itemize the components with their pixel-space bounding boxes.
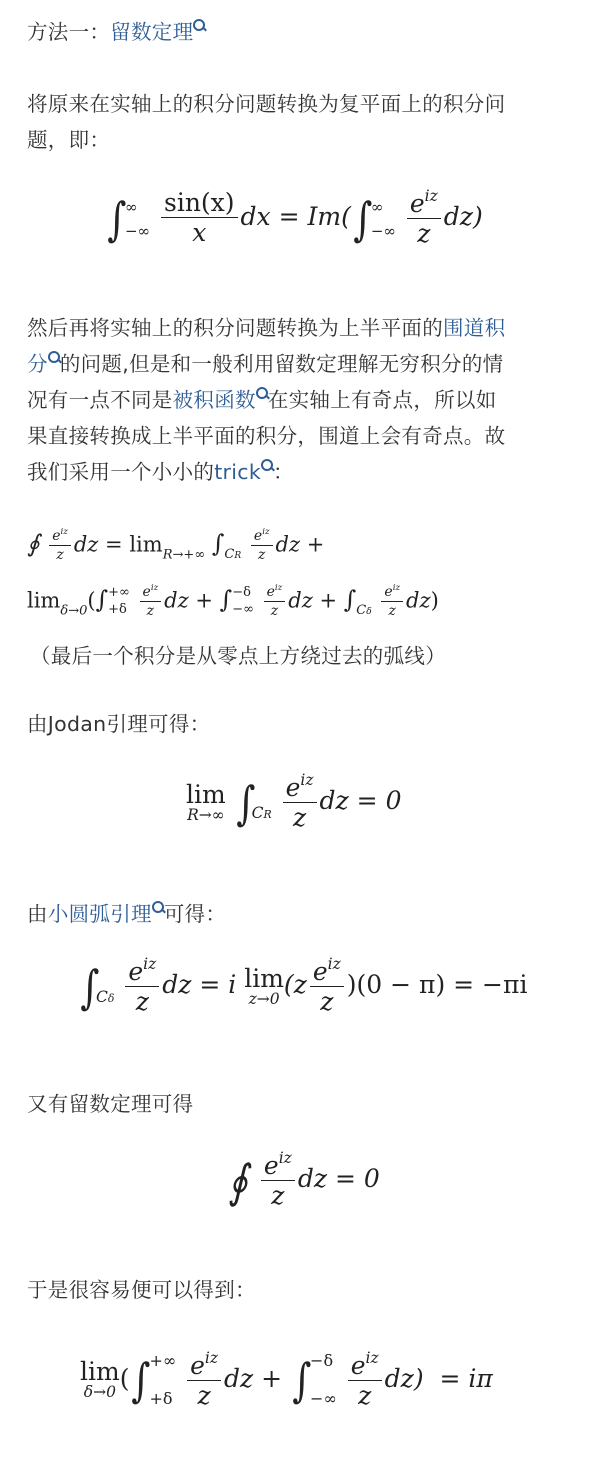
- text: ：: [273, 460, 294, 484]
- dz: dz): [444, 202, 483, 231]
- intro-line-1: 将原来在实轴上的积分问题转换为复平面上的积分问: [27, 86, 575, 122]
- search-icon[interactable]: [261, 458, 273, 472]
- equals: =: [279, 202, 300, 231]
- denominator: z: [417, 219, 430, 249]
- lim-subscript: R→+∞: [163, 547, 205, 562]
- upper-limit: ∞: [371, 195, 396, 219]
- integral-sign: ∫: [353, 196, 372, 242]
- equation-final-result: limδ→0(∫+∞+δ eizzdz + ∫−δ−∞ eizzdz) = iπ: [80, 1342, 493, 1419]
- small-arc-lemma-link[interactable]: 小圆弧引理: [48, 902, 152, 926]
- search-icon[interactable]: [48, 350, 60, 364]
- contour-integral-link[interactable]: 围道积: [443, 316, 505, 340]
- numerator: e: [410, 189, 425, 218]
- equation-closed-contour: ∮ eizzdz = 0: [226, 1150, 380, 1211]
- im-operator: Im(: [308, 202, 351, 231]
- equation-jordan-limit: limR→∞ ∫CR eizzdz = 0: [186, 772, 401, 833]
- search-icon[interactable]: [152, 900, 164, 914]
- equation-contour-decomposition-line1: ∮ eizzdz = limR→+∞ ∫CR eizzdz +: [27, 528, 324, 564]
- equation-contour-decomposition-line2: limδ→0(∫+∞+δ eizzdz + ∫−δ−∞ eizzdz + ∫Cδ…: [27, 584, 439, 620]
- search-icon[interactable]: [193, 18, 205, 32]
- fraction: eizz: [407, 188, 441, 249]
- equals: =: [105, 532, 123, 556]
- lim: lim: [129, 532, 162, 556]
- lower-limit: −∞: [371, 219, 396, 243]
- denominator: x: [192, 218, 206, 248]
- trick-link[interactable]: trick: [214, 460, 261, 484]
- section-heading: 方法一：留数定理: [27, 14, 575, 50]
- equation-sinc-integral: ∫∞−∞ sin(x)xdx = Im(∫∞−∞ eizzdz): [105, 188, 483, 249]
- dz: dz: [74, 532, 99, 556]
- dx: dx: [241, 202, 271, 231]
- lower-limit: −∞: [125, 219, 150, 243]
- residue-theorem-link[interactable]: 留数定理: [110, 20, 193, 44]
- conclusion-text: 于是很容易便可以得到：: [27, 1272, 575, 1308]
- lim: lim: [27, 588, 60, 612]
- upper-limit: ∞: [125, 195, 150, 219]
- residue-theorem-text: 又有留数定理可得: [27, 1086, 575, 1122]
- heading-prefix: 方法一：: [27, 20, 110, 44]
- integral-sign: ∫: [212, 529, 225, 557]
- integral-sign: ∫: [107, 196, 126, 242]
- arc-lemma-text: 由小圆弧引理可得：: [27, 896, 575, 932]
- intro-paragraph: 将原来在实轴上的积分问题转换为复平面上的积分问 题，即：: [27, 86, 575, 158]
- text: 在实轴上有奇点，所以如: [268, 388, 497, 412]
- text: 我们采用一个小小的: [27, 460, 214, 484]
- fraction: sin(x)x: [161, 189, 238, 248]
- integrand-link[interactable]: 被积函数: [173, 388, 256, 412]
- intro-line-2: 题，即：: [27, 122, 575, 158]
- contour-integral-link[interactable]: 分: [27, 352, 48, 376]
- equation-small-arc: ∫Cδ eizzdz = i limz→0(zeizz)(0 − π) = −π…: [78, 956, 527, 1017]
- text: 果直接转换成上半平面的积分，围道上会有奇点。故: [27, 424, 505, 448]
- lim-subscript: δ→0: [60, 603, 87, 618]
- arc-note: （最后一个积分是从零点上方绕过去的弧线）: [30, 638, 578, 674]
- text: 况有一点不同是: [27, 388, 173, 412]
- text: 的问题,但是和一般利用留数定理解无穷积分的情: [60, 352, 504, 376]
- exponent: iz: [425, 187, 438, 205]
- jordan-lemma-text: 由Jodan引理可得：: [27, 706, 575, 742]
- numerator: sin(x): [161, 189, 238, 219]
- text: 然后再将实轴上的积分问题转换为上半平面的: [27, 316, 443, 340]
- contour-integral-sign: ∮: [27, 529, 40, 557]
- search-icon[interactable]: [256, 386, 268, 400]
- method-paragraph: 然后再将实轴上的积分问题转换为上半平面的围道积 分的问题,但是和一般利用留数定理…: [27, 310, 575, 490]
